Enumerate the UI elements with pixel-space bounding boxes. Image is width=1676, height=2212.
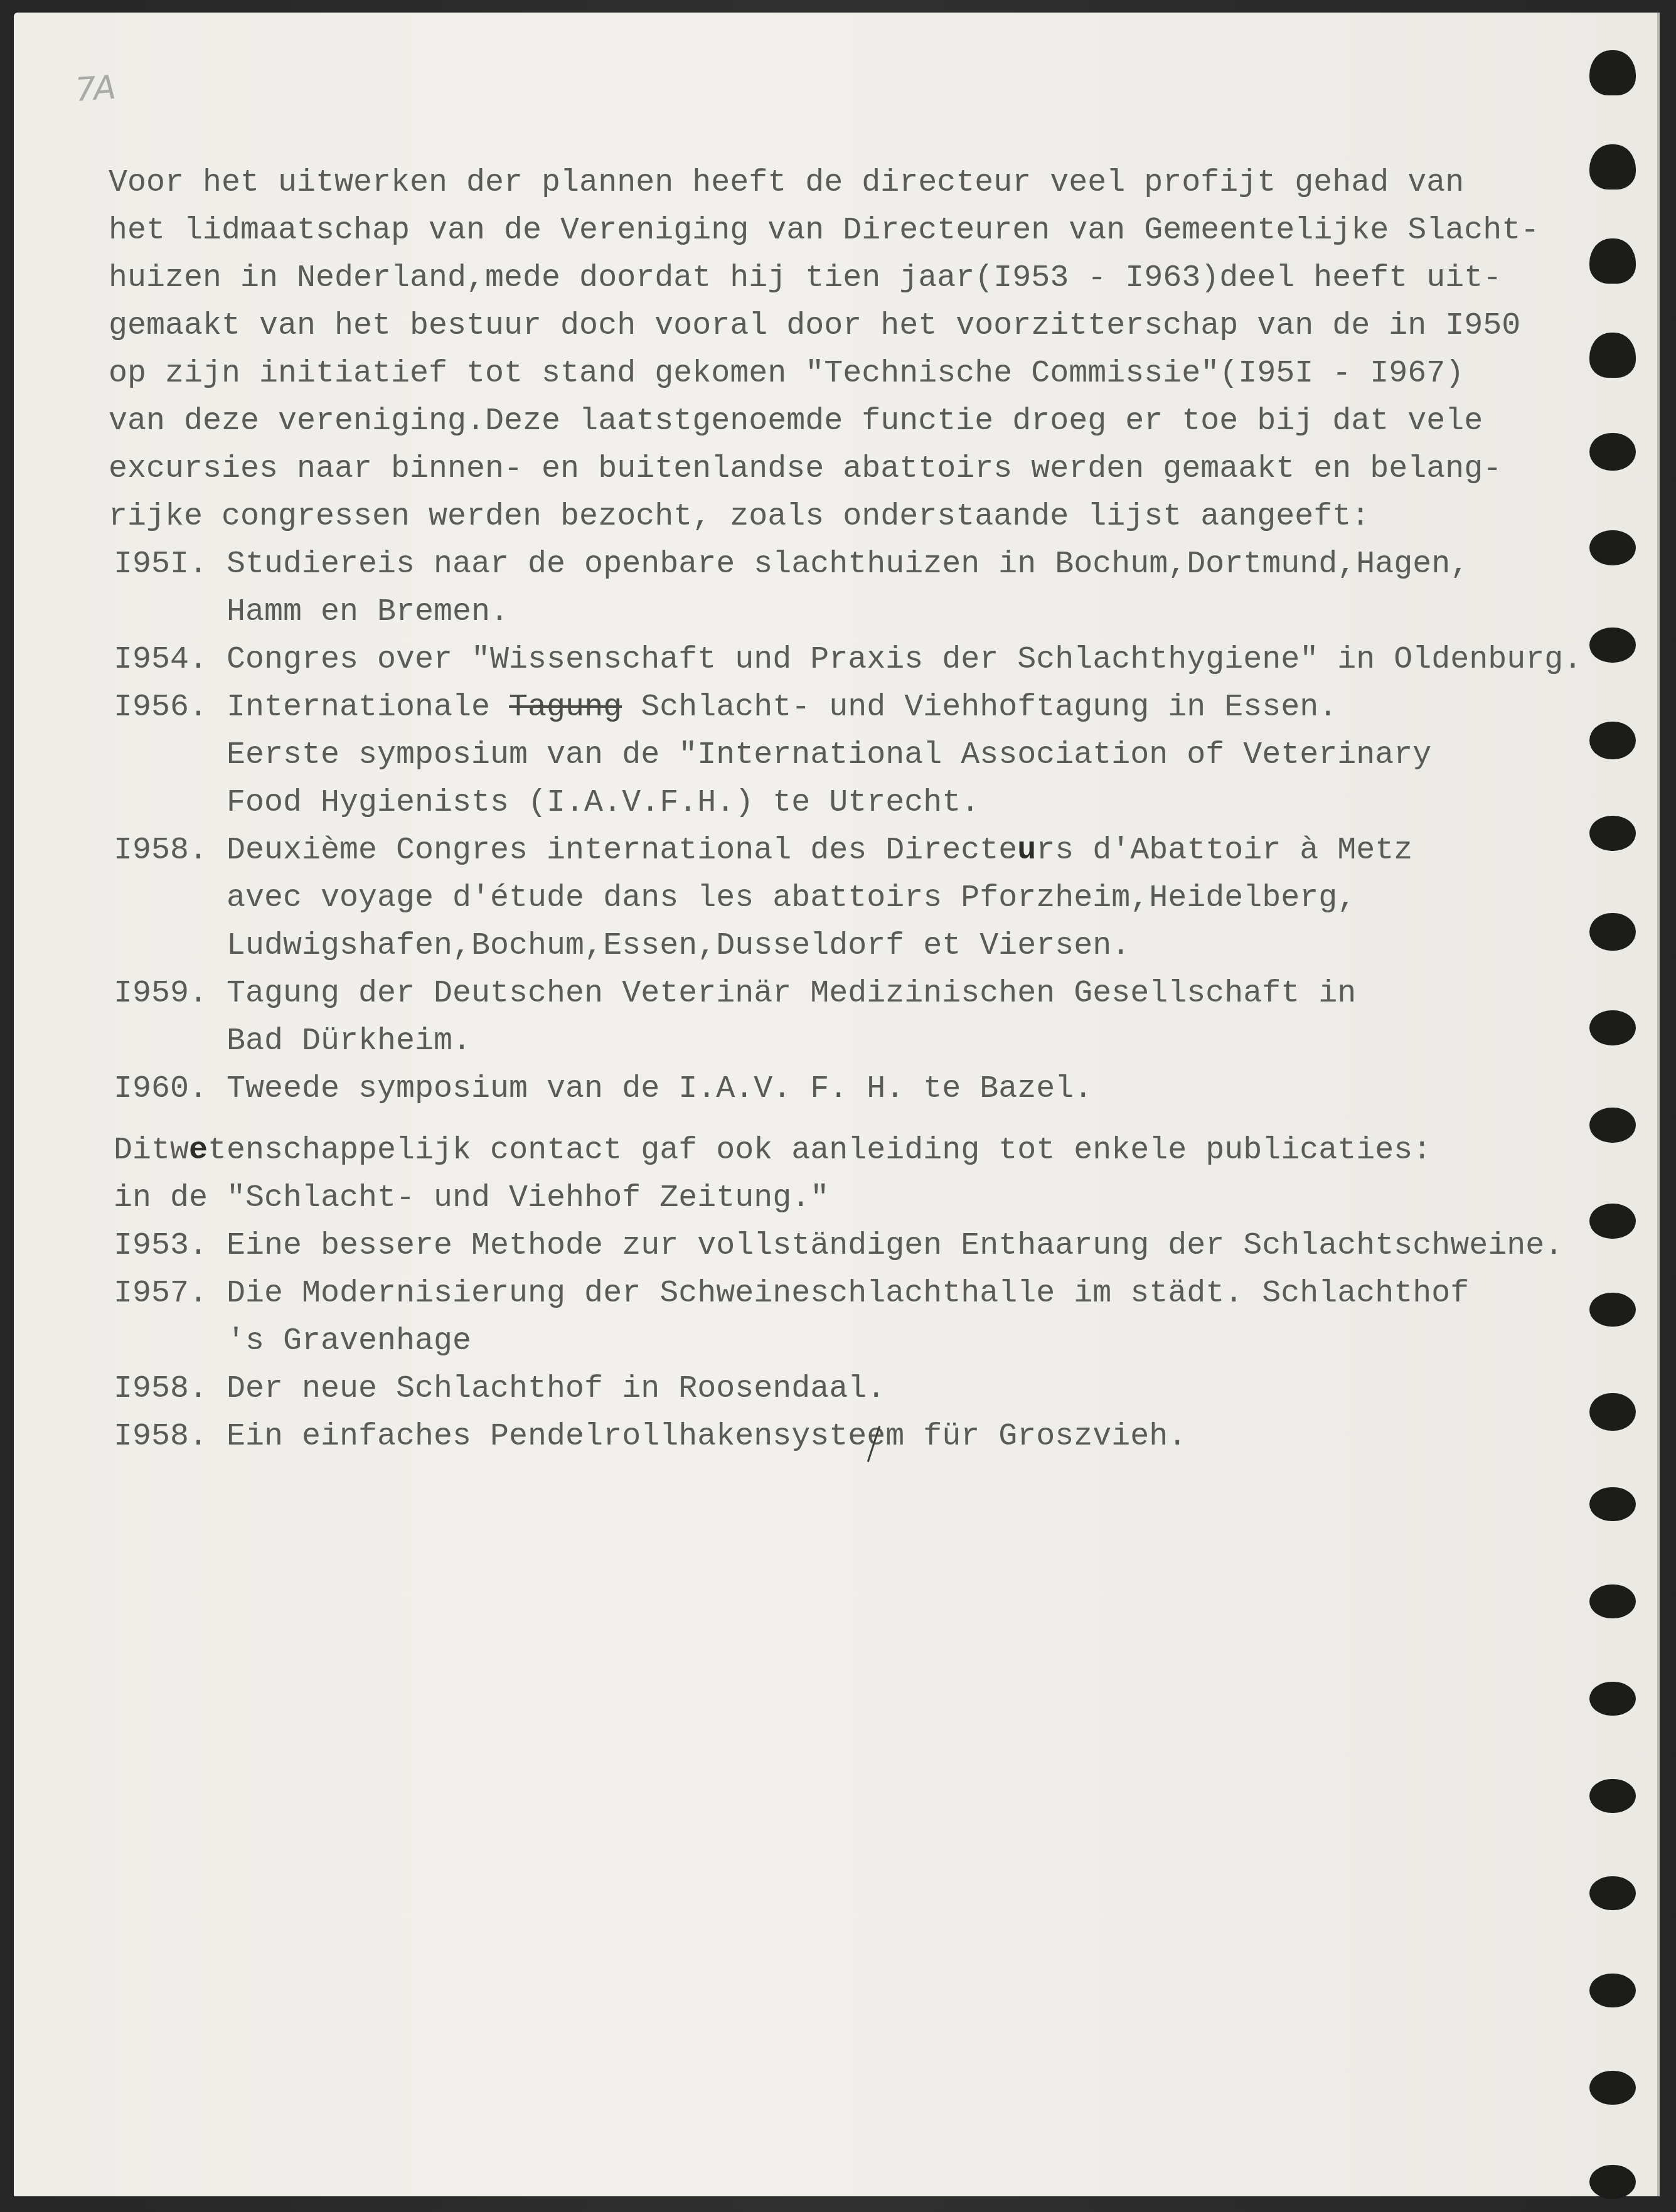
text-line: het lidmaatschap van de Vereniging van D…: [109, 207, 1602, 255]
punch-hole: [1589, 2165, 1636, 2199]
text-segment: I958. Der neue Schlachthof in Roosendaal…: [114, 1371, 885, 1407]
text-line: op zijn initiatief tot stand gekomen "Te…: [109, 350, 1602, 398]
text-segment: rijke congressen werden bezocht, zoals o…: [109, 499, 1370, 535]
punch-hole: [1589, 913, 1636, 951]
text-segment: I960. Tweede symposium van de I.A.V. F. …: [114, 1071, 1092, 1107]
punch-hole: [1589, 2071, 1636, 2105]
text-line: I953. Eine bessere Methode zur vollständ…: [109, 1222, 1602, 1270]
text-segment: Voor het uitwerken der plannen heeft de …: [109, 165, 1464, 201]
punch-hole: [1589, 1974, 1636, 2007]
punch-hole: [1589, 628, 1636, 663]
text-line: avec voyage d'étude dans les abattoirs P…: [109, 875, 1602, 922]
text-segment: van deze vereniging.Deze laatstgenoemde …: [109, 403, 1483, 439]
text-line: I956. Internationale Tagung Schlacht- un…: [109, 684, 1602, 732]
text-line: I958. Ein einfaches Pendelrollhakensyste…: [109, 1413, 1602, 1461]
text-segment: I956. Internationale: [114, 690, 509, 725]
overtyped-character: u: [1017, 833, 1036, 868]
text-segment: I958. Ein einfaches Pendelrollhakensyste: [114, 1419, 867, 1455]
text-line: in de "Schlacht- und Viehhof Zeitung.": [109, 1175, 1602, 1222]
punch-hole: [1589, 433, 1636, 471]
text-line: van deze vereniging.Deze laatstgenoemde …: [109, 398, 1602, 446]
punch-hole: [1589, 238, 1636, 284]
text-line: I960. Tweede symposium van de I.A.V. F. …: [109, 1066, 1602, 1113]
text-segment: huizen in Nederland,mede doordat hij tie…: [109, 260, 1502, 296]
text-line: I957. Die Modernisierung der Schweinesch…: [109, 1270, 1602, 1318]
punch-hole: [1589, 530, 1636, 565]
punch-hole: [1589, 1293, 1636, 1327]
text-segment: Ludwigshafen,Bochum,Essen,Dusseldorf et …: [114, 928, 1130, 964]
text-line: I954. Congres over "Wissenschaft und Pra…: [109, 636, 1602, 684]
text-line: Ditwetenschappelijk contact gaf ook aanl…: [109, 1127, 1602, 1175]
text-segment: excursies naar binnen- en buitenlandse a…: [109, 451, 1502, 487]
text-segment: Food Hygienists (I.A.V.F.H.) te Utrecht.: [114, 785, 979, 821]
overtyped-character: e: [189, 1133, 208, 1168]
text-line: I959. Tagung der Deutschen Veterinär Med…: [109, 970, 1602, 1018]
punch-hole: [1589, 144, 1636, 190]
text-segment: I957. Die Modernisierung der Schweinesch…: [114, 1276, 1469, 1312]
punch-hole: [1589, 50, 1636, 95]
punch-hole-strip: [1589, 0, 1637, 2212]
text-segment: Ditw: [114, 1133, 189, 1168]
text-line: I95I. Studiereis naar de openbare slacht…: [109, 541, 1602, 589]
punch-hole: [1589, 1010, 1636, 1045]
text-line: I958. Der neue Schlachthof in Roosendaal…: [109, 1365, 1602, 1413]
text-segment: in de "Schlacht- und Viehhof Zeitung.": [114, 1180, 829, 1216]
punch-hole: [1589, 1779, 1636, 1813]
text-line: Food Hygienists (I.A.V.F.H.) te Utrecht.: [109, 779, 1602, 827]
text-segment: tenschappelijk contact gaf ook aanleidin…: [208, 1133, 1431, 1168]
text-line: Bad Dürkheim.: [109, 1018, 1602, 1066]
page-number-pencil-note: 7A: [74, 69, 115, 109]
punch-hole: [1589, 1682, 1636, 1716]
text-segment: m für Groszvieh.: [885, 1419, 1187, 1455]
text-segment: avec voyage d'étude dans les abattoirs P…: [114, 880, 1356, 916]
paper-right-edge: [1657, 13, 1660, 2196]
text-segment: I959. Tagung der Deutschen Veterinär Med…: [114, 976, 1356, 1012]
text-line: Hamm en Bremen.: [109, 589, 1602, 636]
text-segment: I953. Eine bessere Methode zur vollständ…: [114, 1228, 1563, 1264]
punch-hole: [1589, 1108, 1636, 1143]
text-line: gemaakt van het bestuur doch vooral door…: [109, 302, 1602, 350]
text-segment: Hamm en Bremen.: [114, 594, 509, 630]
punch-hole: [1589, 333, 1636, 378]
text-line: excursies naar binnen- en buitenlandse a…: [109, 446, 1602, 493]
text-line: 's Gravenhage: [109, 1318, 1602, 1365]
text-line: rijke congressen werden bezocht, zoals o…: [109, 493, 1602, 541]
text-line: Eerste symposium van de "International A…: [109, 732, 1602, 779]
text-segment: 's Gravenhage: [114, 1323, 471, 1359]
text-segment: Bad Dürkheim.: [114, 1023, 471, 1059]
text-segment: op zijn initiatief tot stand gekomen "Te…: [109, 356, 1464, 392]
punch-hole: [1589, 1487, 1636, 1521]
punch-hole: [1589, 1584, 1636, 1618]
punch-hole: [1589, 816, 1636, 851]
text-segment: Eerste symposium van de "International A…: [114, 737, 1431, 773]
text-line: huizen in Nederland,mede doordat hij tie…: [109, 255, 1602, 302]
typewritten-text-body: Voor het uitwerken der plannen heeft de …: [109, 159, 1602, 1461]
punch-hole: [1589, 722, 1636, 759]
text-segment: I958. Deuxième Congres international des…: [114, 833, 1017, 868]
text-segment: Schlacht- und Viehhoftagung in Essen.: [622, 690, 1337, 725]
text-line: Voor het uitwerken der plannen heeft de …: [109, 159, 1602, 207]
punch-hole: [1589, 1393, 1636, 1431]
text-line: I958. Deuxième Congres international des…: [109, 827, 1602, 875]
punch-hole: [1589, 1876, 1636, 1910]
slashed-out-character: e: [867, 1419, 885, 1455]
text-line: Ludwigshafen,Bochum,Essen,Dusseldorf et …: [109, 922, 1602, 970]
text-segment: rs d'Abattoir à Metz: [1036, 833, 1412, 868]
text-segment: I95I. Studiereis naar de openbare slacht…: [114, 547, 1469, 582]
punch-hole: [1589, 1204, 1636, 1239]
text-segment: het lidmaatschap van de Vereniging van D…: [109, 213, 1539, 248]
text-segment: gemaakt van het bestuur doch vooral door…: [109, 308, 1520, 344]
struck-through-word: Tagung: [509, 690, 622, 725]
text-segment: I954. Congres over "Wissenschaft und Pra…: [114, 642, 1582, 678]
